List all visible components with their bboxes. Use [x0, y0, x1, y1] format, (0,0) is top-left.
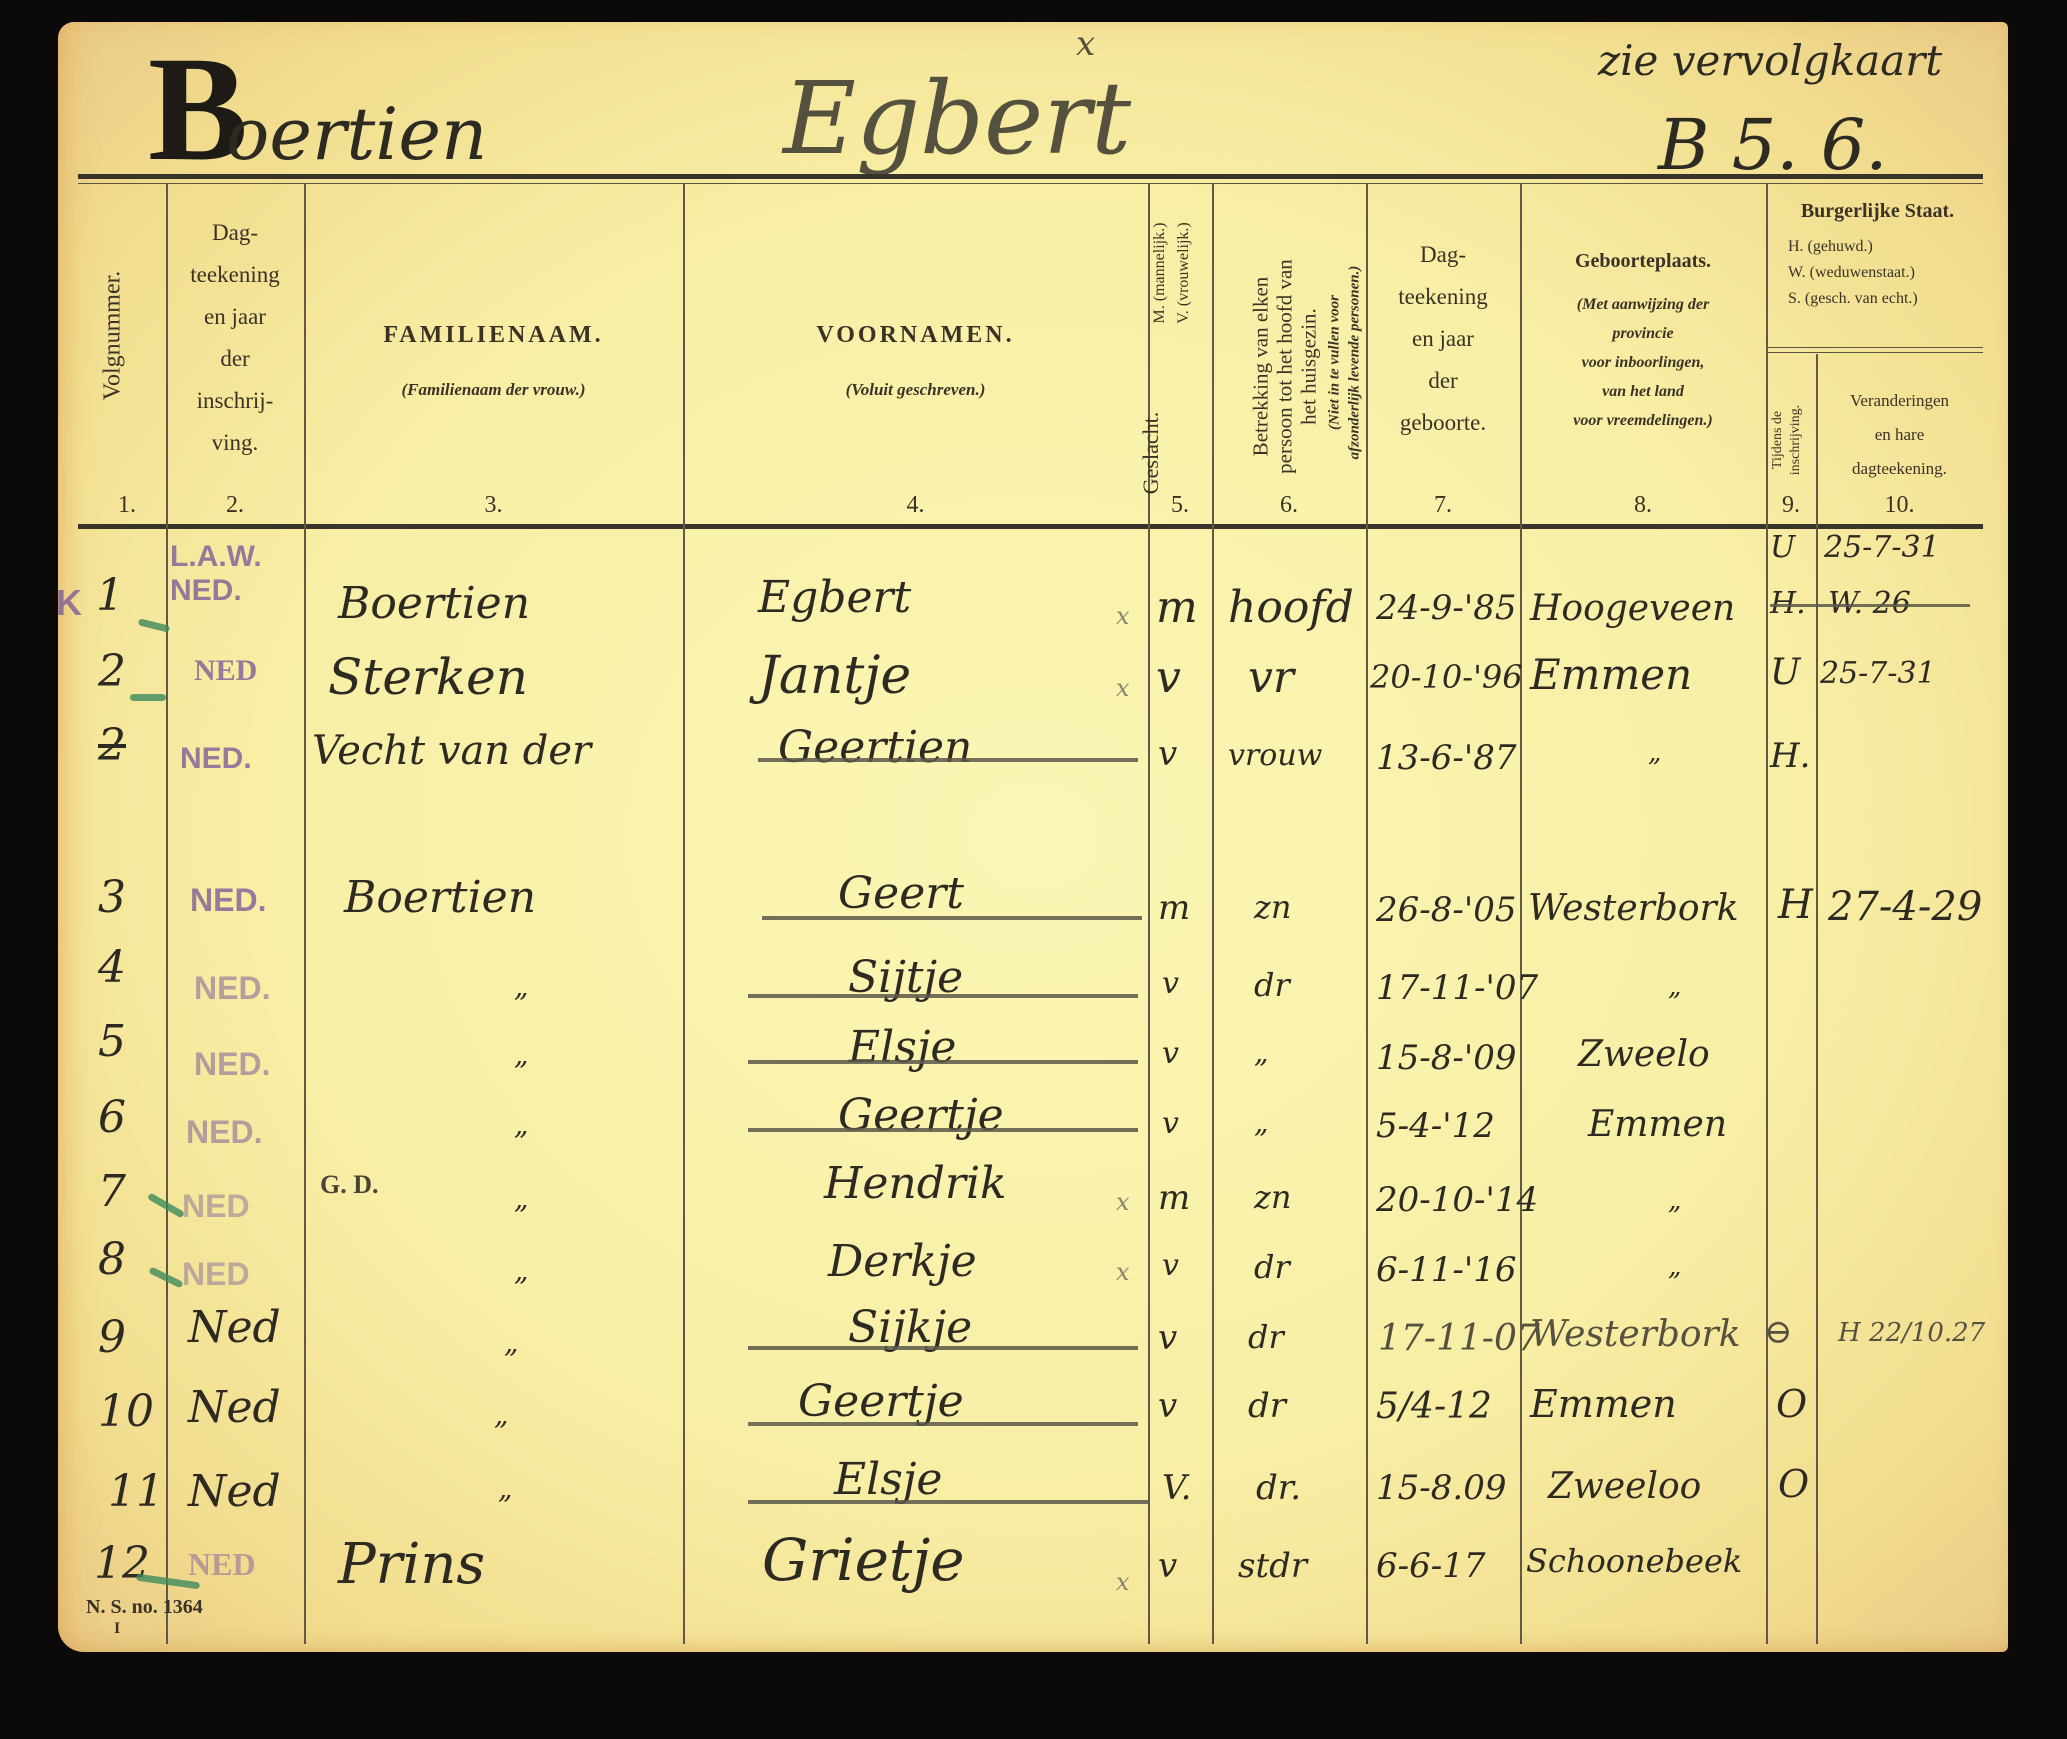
column-divider — [1212, 184, 1214, 1644]
header-familienaam-sub: (Familienaam der vrouw.) — [304, 380, 683, 400]
sex: v — [1158, 1546, 1177, 1586]
row-number: 7 — [98, 1166, 126, 1217]
nationality-handwritten: Ned — [188, 1466, 281, 1517]
birth-place: Emmen — [1530, 650, 1692, 699]
relation: „ — [1254, 1106, 1269, 1139]
first-name: Geert — [838, 868, 964, 919]
header-geslacht-m: M. (mannelijk.) — [1151, 213, 1169, 333]
header-line: teekening — [1366, 276, 1520, 318]
first-name: Derkje — [828, 1236, 977, 1287]
header-line: en hare — [1816, 418, 1983, 452]
header-familienaam: FAMILIENAAM. — [304, 322, 683, 349]
header-line: geboorte. — [1366, 402, 1520, 444]
row-number: 3 — [98, 872, 126, 923]
header-line: en jaar — [166, 296, 304, 338]
population-register-card: B oertien Egbert x zie vervolgkaart B 5.… — [58, 22, 2008, 1652]
relation: vr — [1248, 652, 1294, 703]
change-date: 27-4-29 — [1828, 884, 1982, 930]
header-line: voor inboorlingen, — [1520, 348, 1766, 377]
header-line: dagteekening. — [1816, 452, 1983, 486]
surname: „ — [494, 1398, 509, 1431]
header-line: (Met aanwijzing der — [1520, 290, 1766, 319]
birth-place: Zweelo — [1578, 1034, 1710, 1075]
header-line: teekening — [166, 254, 304, 296]
relation: dr — [1254, 966, 1290, 1004]
header-line: voor vreemdelingen.) — [1520, 406, 1766, 435]
header-line: en jaar — [1366, 318, 1520, 360]
first-name: Elsje — [834, 1454, 942, 1505]
surname: Prins — [338, 1532, 485, 1597]
strike-line — [748, 1500, 1148, 1504]
burgerlijke-staat-rule — [1768, 347, 1983, 353]
birth-date: 6-11-'16 — [1376, 1250, 1516, 1290]
margin-mark-k: K — [56, 582, 82, 624]
green-tick — [130, 694, 166, 701]
strike-line — [1770, 604, 1970, 607]
row-number: 4 — [98, 942, 126, 993]
birth-date: 13-6-'87 — [1376, 738, 1516, 778]
surname: „ — [514, 970, 529, 1003]
relation: zn — [1254, 1178, 1291, 1216]
first-name: Elsje — [848, 1022, 956, 1073]
relation: hoofd — [1228, 582, 1354, 633]
row-number: 2 — [98, 646, 126, 697]
first-name-handwritten: Egbert — [783, 60, 1131, 177]
header-voornamen: VOORNAMEN. — [683, 322, 1148, 349]
strike-line — [758, 758, 1138, 762]
margin-note-gd: G. D. — [320, 1170, 379, 1200]
nationality-stamp: NED — [182, 1188, 250, 1225]
nationality-handwritten: Ned — [188, 1382, 281, 1433]
column-divider — [304, 184, 306, 1644]
form-sub: I — [114, 1620, 120, 1638]
birth-date: 15-8.09 — [1376, 1468, 1506, 1508]
birth-date: 24-9-'85 — [1376, 588, 1516, 628]
column-divider — [1816, 354, 1818, 1644]
header-line: inschrij- — [166, 380, 304, 422]
birth-place: Schoonebeek — [1526, 1542, 1742, 1580]
legend-h: H. (gehuwd.) — [1788, 234, 1918, 260]
surname: „ — [498, 1472, 513, 1505]
header-betrekking-l1: Betrekking van elken — [1249, 212, 1274, 522]
birth-place: „ — [1668, 1186, 1681, 1216]
header-betrekking-note2: afzonderlijk levende personen.) — [1347, 208, 1364, 518]
col-num-4: 4. — [683, 492, 1148, 519]
sex: v — [1162, 1106, 1179, 1141]
birth-date: 20-10-'14 — [1376, 1180, 1538, 1220]
header-tijdens-l1: Tijdens de — [1770, 380, 1786, 500]
birth-place: „ — [1668, 972, 1681, 1002]
nationality-handwritten: Ned — [188, 1302, 281, 1353]
header-top-rule — [78, 174, 1983, 179]
header-geslacht-v: V. (vrouwelijk.) — [1175, 213, 1193, 333]
birth-place: Zweeloo — [1548, 1466, 1701, 1507]
sex: m — [1158, 1178, 1190, 1218]
header-line: ving. — [166, 422, 304, 464]
x-mark: x — [1116, 674, 1130, 702]
relation: dr — [1254, 1248, 1290, 1286]
change-date: 25-7-31 — [1824, 530, 1940, 565]
strike-line — [748, 1128, 1138, 1132]
surname: Boertien — [338, 578, 530, 629]
nationality-stamp: NED. — [186, 1114, 262, 1151]
nationality-stamp: NED. — [194, 970, 270, 1007]
first-name: Geertien — [778, 722, 972, 773]
birth-date: 17-11-07 — [1378, 1318, 1540, 1359]
sex: V. — [1162, 1468, 1191, 1508]
strike-line — [748, 1060, 1138, 1064]
first-name: Egbert — [758, 572, 911, 623]
nationality-stamp: NED — [188, 1546, 256, 1583]
first-name: Geertje — [798, 1376, 964, 1427]
x-mark: x — [1116, 1258, 1130, 1286]
row-number: 5 — [98, 1016, 126, 1067]
surname: „ — [514, 1182, 529, 1215]
col-num-7: 7. — [1366, 492, 1520, 519]
col-num-9: 9. — [1766, 492, 1816, 519]
birth-date: 6-6-17 — [1376, 1546, 1486, 1586]
sex: v — [1158, 1386, 1177, 1426]
first-name: Hendrik — [824, 1158, 1007, 1209]
col-num-8: 8. — [1520, 492, 1766, 519]
header-dagteekening-inschrijving: Dag- teekening en jaar der inschrij- vin… — [166, 212, 304, 464]
sex: v — [1158, 734, 1177, 774]
change-date: H 22/10.27 — [1838, 1318, 1985, 1348]
header-geboorteplaats: Geboorteplaats. — [1520, 250, 1766, 273]
birth-place: Emmen — [1588, 1104, 1727, 1145]
nationality-stamp: L.A.W. NED. — [170, 540, 300, 608]
relation: dr — [1248, 1386, 1286, 1426]
header-geboorteplaats-sub: (Met aanwijzing der provincie voor inboo… — [1520, 290, 1766, 435]
relation: „ — [1254, 1036, 1269, 1069]
header-tijdens-l2: inschrijving. — [1788, 380, 1804, 500]
civil-status: O — [1776, 1382, 1807, 1426]
birth-date: 26-8-'05 — [1376, 890, 1516, 930]
surname: „ — [514, 1108, 529, 1141]
civil-status: U — [1770, 652, 1800, 693]
birth-place: Hoogeveen — [1530, 588, 1735, 629]
birth-place: „ — [1668, 1252, 1681, 1282]
relation: stdr — [1238, 1546, 1307, 1586]
sex: v — [1158, 1318, 1177, 1358]
header-betrekking-l2: persoon tot het hoofd van — [1273, 212, 1298, 522]
relation: dr — [1248, 1318, 1284, 1356]
x-mark: x — [1116, 1188, 1130, 1216]
x-mark: x — [1076, 24, 1095, 64]
surname: „ — [514, 1254, 529, 1287]
surname-handwritten: oertien — [226, 92, 487, 176]
x-mark: x — [1116, 602, 1130, 630]
row-number: 6 — [98, 1092, 126, 1143]
birth-date: 5/4-12 — [1376, 1386, 1492, 1427]
strike-line — [748, 1422, 1138, 1426]
row-number: 11 — [108, 1466, 164, 1517]
header-veranderingen: Veranderingen en hare dagteekening. — [1816, 384, 1983, 486]
header-burgerlijke-staat: Burgerlijke Staat. — [1770, 200, 1985, 223]
civil-status: ⊖ — [1764, 1312, 1793, 1352]
col-num-2: 2. — [166, 492, 304, 519]
legend-w: W. (weduwenstaat.) — [1788, 260, 1918, 286]
civil-status: O — [1778, 1462, 1809, 1506]
header-bottom-rule — [78, 524, 1983, 529]
birth-place: „ — [1648, 738, 1661, 768]
sex: m — [1158, 888, 1190, 928]
nationality-stamp: NED. — [190, 882, 266, 919]
nationality-stamp: NED. — [180, 742, 252, 776]
header-line: provincie — [1520, 319, 1766, 348]
row-number: 10 — [98, 1386, 154, 1437]
row-number: 9 — [98, 1312, 126, 1363]
surname: Boertien — [344, 872, 536, 923]
nationality-stamp: NED. — [194, 1046, 270, 1083]
legend-s: S. (gesch. van echt.) — [1788, 286, 1918, 312]
civil-status: H. — [1770, 736, 1810, 776]
header-betrekking-l3: het huisgezin. — [1297, 212, 1322, 522]
birth-date: 15-8-'09 — [1376, 1038, 1516, 1078]
header-line: van het land — [1520, 377, 1766, 406]
header-line: Dag- — [1366, 234, 1520, 276]
header-line: der — [1366, 360, 1520, 402]
x-mark: x — [1116, 1568, 1130, 1596]
header-voornamen-sub: (Voluit geschreven.) — [683, 380, 1148, 400]
first-name: Jantje — [758, 646, 911, 706]
birth-date: 20-10-'96 — [1370, 658, 1523, 696]
col-num-1: 1. — [88, 492, 166, 519]
strike-line — [748, 994, 1138, 998]
civil-status: H — [1778, 882, 1813, 928]
surname: Vecht van der — [312, 728, 591, 774]
header-top-rule-thin — [78, 183, 1983, 184]
row-number: 2 — [98, 720, 126, 771]
header-line: Dag- — [166, 212, 304, 254]
header-dagteekening-geboorte: Dag- teekening en jaar der geboorte. — [1366, 234, 1520, 444]
civil-status-above: U — [1770, 530, 1795, 565]
strike-line — [762, 916, 1142, 920]
birth-date: 5-4-'12 — [1376, 1106, 1495, 1146]
birth-date: 17-11-'07 — [1376, 968, 1538, 1008]
change-date: 25-7-31 — [1820, 656, 1936, 691]
surname: „ — [504, 1326, 519, 1359]
sex: v — [1162, 966, 1179, 1001]
col-num-5: 5. — [1148, 492, 1212, 519]
header-line: der — [166, 338, 304, 380]
surname: „ — [514, 1038, 529, 1071]
birth-place: Westerbork — [1530, 1314, 1741, 1355]
first-name: Geertje — [838, 1090, 1004, 1141]
strike-line — [748, 1346, 1138, 1350]
relation: vrouw — [1228, 738, 1322, 773]
row-number: 1 — [96, 570, 124, 621]
col-num-6: 6. — [1212, 492, 1366, 519]
sex: m — [1156, 582, 1198, 633]
column-divider — [1766, 184, 1768, 1644]
birth-place: Emmen — [1530, 1382, 1677, 1426]
row-number: 8 — [98, 1234, 126, 1285]
header-line: Veranderingen — [1816, 384, 1983, 418]
birth-place: Westerbork — [1528, 888, 1739, 929]
relation: zn — [1254, 888, 1291, 926]
sex: v — [1156, 652, 1181, 703]
form-number: N. S. no. 1364 — [86, 1596, 203, 1619]
reference-note: zie vervolgkaart — [1598, 36, 1942, 85]
first-name: Grietje — [762, 1526, 965, 1594]
nationality-stamp: NED — [194, 654, 257, 688]
header-betrekking-note1: (Niet in te vullen voor — [1327, 208, 1344, 518]
header-burgerlijke-staat-legend: H. (gehuwd.) W. (weduwenstaat.) S. (gesc… — [1788, 234, 1918, 312]
nationality-stamp: NED — [182, 1256, 250, 1293]
sex: v — [1162, 1248, 1179, 1283]
column-divider — [683, 184, 685, 1644]
relation: dr. — [1256, 1468, 1301, 1508]
col-num-3: 3. — [304, 492, 683, 519]
surname: Sterken — [328, 648, 528, 706]
sex: v — [1162, 1036, 1179, 1071]
header-volgnummer: Volgnummer. — [100, 241, 127, 431]
col-num-10: 10. — [1816, 492, 1983, 519]
